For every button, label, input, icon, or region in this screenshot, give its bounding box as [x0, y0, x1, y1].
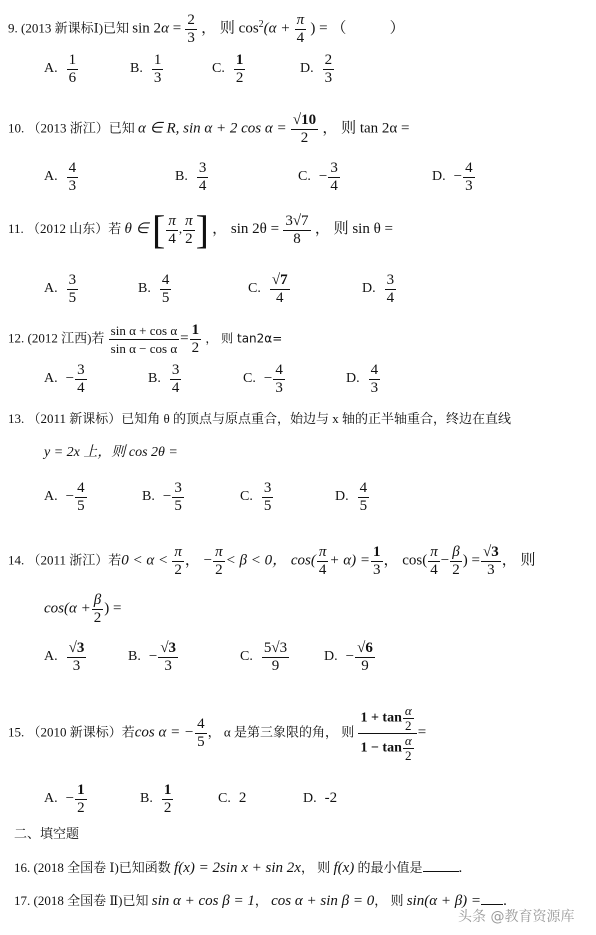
math-text: f(x) [333, 860, 354, 876]
question-10-option-b[interactable]: B.34 [175, 160, 209, 195]
question-text: (2018 全国卷 Ⅰ)已知函数 [34, 860, 175, 875]
denominator: 5 [195, 734, 207, 751]
option-label: A. [44, 791, 58, 806]
question-11-option-c[interactable]: C.√74 [248, 272, 291, 307]
numerator: 5√3 [262, 640, 289, 657]
denominator: 2 [75, 800, 87, 817]
option-label: B. [128, 649, 141, 664]
math-text: θ ∈ [125, 221, 149, 237]
math-text: = [180, 330, 188, 346]
denominator: 3 [273, 380, 285, 397]
math-text: ， 则 cos [201, 20, 259, 36]
fraction: 34 [170, 362, 182, 397]
question-10-stem: 10. （2013 浙江）已知 α ∈ R, sin α + 2 cos α =… [8, 112, 410, 147]
answer-blank[interactable] [423, 871, 459, 872]
question-10-option-c[interactable]: C.−34 [298, 160, 341, 195]
answer-blank[interactable] [481, 904, 503, 905]
denominator: 5 [172, 498, 184, 515]
denominator: 3 [463, 178, 475, 195]
question-12-option-a[interactable]: A.−34 [44, 362, 88, 397]
option-label: D. [324, 649, 338, 664]
denominator: 2 [234, 70, 246, 87]
fraction: β2 [92, 592, 104, 627]
numerator: 3 [197, 160, 209, 177]
denominator: 2 [172, 562, 184, 579]
denominator: 4 [197, 178, 209, 195]
math-text: ） [390, 20, 405, 36]
numerator: 1 [190, 322, 202, 339]
denominator: 2 [450, 562, 462, 579]
question-11-stem: 11. （2012 山东）若 θ ∈ [π4,π2] ， sin 2θ = 3√… [8, 210, 393, 250]
compound-fraction: 1 + tanα2 1 − tanα2 [358, 704, 416, 763]
fraction: 43 [369, 362, 381, 397]
denominator: 6 [67, 70, 79, 87]
numerator: 1 [371, 544, 383, 561]
sign: − [319, 168, 327, 184]
numerator: 3 [75, 362, 87, 379]
math-text: ， 则 tan2α= [205, 331, 282, 345]
denominator: 4 [75, 380, 87, 397]
option-label: C. [240, 489, 253, 504]
math-text: = [418, 724, 426, 740]
question-16: 16. (2018 全国卷 Ⅰ)已知函数 f(x) = 2sin x + sin… [14, 860, 462, 876]
option-label: B. [148, 371, 161, 386]
math-text: . [459, 860, 463, 876]
fraction: √69 [355, 640, 375, 675]
denominator: 3 [152, 70, 164, 87]
question-number: 17. [14, 893, 30, 908]
fraction: √33 [67, 640, 87, 675]
question-source: (2013 新课标Ⅰ)已知 [21, 20, 129, 35]
fraction: 43 [463, 160, 475, 195]
math-text: ) = [104, 600, 121, 616]
question-14-option-c[interactable]: C.5√39 [240, 640, 290, 675]
question-text: ， [255, 893, 271, 908]
fraction: 45 [160, 272, 172, 307]
watermark: 头条 @教育资源库 [458, 906, 574, 926]
sign: − [454, 168, 462, 184]
math-text: ， sin 2θ = [212, 221, 279, 237]
denominator: 5 [358, 498, 370, 515]
numerator: π [166, 213, 178, 230]
math-text: cos(α + [44, 600, 91, 616]
numerator: 4 [75, 480, 87, 497]
math-text: 1 − tan [360, 741, 401, 756]
denominator: 2 [162, 800, 174, 817]
numerator: α [403, 704, 414, 718]
math-text: sin α + cos β = 1 [152, 893, 255, 909]
math-text: cos α + sin β = 0 [271, 893, 374, 909]
fraction: √33 [481, 544, 501, 579]
math-text: ， 则 [502, 552, 536, 568]
denominator: 2 [213, 562, 225, 579]
section-title: 二、填空题 [14, 826, 79, 842]
right-bracket: ] [196, 207, 209, 252]
fraction: 12 [162, 782, 174, 817]
numerator: α [403, 734, 414, 748]
math-text: = [169, 20, 181, 36]
numerator: √7 [270, 272, 290, 289]
numerator: √3 [481, 544, 501, 561]
option-label: B. [140, 791, 153, 806]
denominator: 4 [385, 290, 397, 307]
fraction: √33 [158, 640, 178, 675]
question-15-option-c[interactable]: C.2 [218, 790, 246, 807]
numerator: β [92, 592, 103, 609]
question-11-option-b[interactable]: B.45 [138, 272, 172, 307]
fraction: π4 [317, 544, 329, 579]
denominator: 9 [270, 658, 282, 675]
denominator: 2 [403, 749, 414, 763]
question-13-option-c[interactable]: C.35 [240, 480, 274, 515]
math-text: cos α = − [135, 724, 194, 740]
question-text: ， 则 [301, 860, 334, 875]
denominator: 4 [328, 178, 340, 195]
numerator: 1 + tanα2 [358, 704, 416, 733]
math-text: ， 则 tan 2α = [322, 120, 409, 136]
denominator: 5 [262, 498, 274, 515]
math-text: 1 + tan [360, 711, 401, 726]
question-9-stem: 9. (2013 新课标Ⅰ)已知 sin 2α = 23 ， 则 cos2(α … [8, 12, 405, 47]
denominator: 4 [428, 562, 440, 579]
denominator: 2 [183, 231, 195, 248]
option-label: C. [298, 169, 311, 184]
fraction: 13 [152, 52, 164, 87]
numerator: 1 [234, 52, 246, 69]
question-text: ， 则 [374, 893, 407, 908]
math-text: < β < 0， cos( [226, 552, 316, 568]
numerator: 1 [152, 52, 164, 69]
question-17: 17. (2018 全国卷 Ⅱ)已知 sin α + cos β = 1， co… [14, 893, 507, 909]
fraction: 23 [323, 52, 335, 87]
numerator: 4 [195, 716, 207, 733]
question-14-stem-line2: cos(α +β2) = [44, 592, 121, 627]
denominator: 3 [71, 658, 83, 675]
option-label: A. [44, 649, 58, 664]
fraction: 16 [67, 52, 79, 87]
question-13-option-b[interactable]: B.−35 [142, 480, 185, 515]
denominator: 3 [323, 70, 335, 87]
numerator: √10 [291, 112, 318, 129]
sign: − [346, 648, 354, 664]
numerator: π [172, 544, 184, 561]
option-label: B. [142, 489, 155, 504]
sign: − [66, 790, 74, 806]
numerator: π [428, 544, 440, 561]
numerator: 1 [75, 782, 87, 799]
fraction: 12 [190, 322, 202, 357]
sign: − [149, 648, 157, 664]
question-source: (2012 江西)若 [28, 330, 105, 345]
question-source: （2013 浙江）已知 [28, 120, 135, 135]
question-number: 13. [8, 411, 24, 426]
question-9-option-d[interactable]: D.23 [300, 52, 335, 87]
denominator: 2 [403, 719, 414, 733]
fraction: α2 [403, 704, 414, 733]
question-number: 11. [8, 221, 24, 236]
fraction: 43 [67, 160, 79, 195]
math-text: ， cos( [384, 552, 428, 568]
numerator: sin α + cos α [109, 322, 179, 339]
question-source: （2012 山东）若 [27, 221, 121, 236]
question-13-option-a[interactable]: A.−45 [44, 480, 88, 515]
math-text: (α + [264, 20, 291, 36]
denominator: 3 [185, 30, 197, 47]
numerator: π [295, 12, 307, 29]
option-value: -2 [325, 790, 338, 806]
question-number: 12. [8, 330, 24, 345]
question-source: （2011 浙江）若 [28, 552, 122, 567]
math-text: − [441, 552, 449, 568]
fraction: 34 [328, 160, 340, 195]
denominator: 4 [170, 380, 182, 397]
denominator: 3 [369, 380, 381, 397]
denominator: 1 − tanα2 [358, 734, 416, 763]
numerator: 3 [328, 160, 340, 177]
numerator: √3 [67, 640, 87, 657]
fraction: π4 [295, 12, 307, 47]
question-12-option-d[interactable]: D.43 [346, 362, 381, 397]
option-label: D. [432, 169, 446, 184]
denominator: 4 [274, 290, 286, 307]
numerator: 4 [160, 272, 172, 289]
numerator: 3 [172, 480, 184, 497]
option-label: D. [303, 791, 317, 806]
numerator: 1 [67, 52, 79, 69]
option-label: A. [44, 489, 58, 504]
numerator: 3√7 [283, 213, 310, 230]
denominator: 5 [160, 290, 172, 307]
fraction: 23 [185, 12, 197, 47]
numerator: 4 [463, 160, 475, 177]
question-text: 的最小值是 [354, 860, 422, 875]
question-13-stem-line2: y = 2x 上，则 cos 2θ = [44, 445, 178, 461]
question-text: 已知角 θ 的顶点与原点重合，始边与 x 轴的正半轴重合，终边在直线 [121, 411, 511, 426]
question-14-option-d[interactable]: D.−√69 [324, 640, 376, 675]
question-10-option-d[interactable]: D.−43 [432, 160, 476, 195]
question-15-option-a[interactable]: A.−12 [44, 782, 88, 817]
numerator: 4 [273, 362, 285, 379]
option-label: A. [44, 169, 58, 184]
math-text: ， 则 sin θ = [315, 221, 393, 237]
fraction: 12 [75, 782, 87, 817]
denominator: 3 [162, 658, 174, 675]
question-12-stem: 12. (2012 江西)若 sin α + cos αsin α − cos … [8, 322, 282, 357]
numerator: π [183, 213, 195, 230]
numerator: π [213, 544, 225, 561]
denominator: 2 [190, 340, 202, 357]
question-14-option-a[interactable]: A.√33 [44, 640, 87, 675]
math-text: ， − [185, 552, 212, 568]
option-label: D. [362, 281, 376, 296]
fraction: 5√39 [262, 640, 289, 675]
fraction: 43 [273, 362, 285, 397]
option-label: D. [335, 489, 349, 504]
option-label: B. [130, 61, 143, 76]
question-9-option-c[interactable]: C.12 [212, 52, 246, 87]
question-12-option-b[interactable]: B.34 [148, 362, 182, 397]
question-text: (2018 全国卷 Ⅱ)已知 [34, 893, 152, 908]
option-label: B. [175, 169, 188, 184]
numerator: β [450, 544, 461, 561]
fraction: 34 [75, 362, 87, 397]
numerator: π [317, 544, 329, 561]
math-text: 0 < α < [121, 552, 168, 568]
question-13-option-d[interactable]: D.45 [335, 480, 370, 515]
fraction: π2 [172, 544, 184, 579]
option-label: D. [300, 61, 314, 76]
fraction: π4 [166, 213, 178, 248]
question-10-option-a[interactable]: A.43 [44, 160, 79, 195]
numerator: 1 [162, 782, 174, 799]
question-text: ， α 是第三象限的角， 则 [208, 724, 355, 739]
numerator: 3 [67, 272, 79, 289]
fraction: 35 [262, 480, 274, 515]
fraction: π2 [183, 213, 195, 248]
option-label: C. [240, 649, 253, 664]
option-label: C. [218, 791, 231, 806]
sign: − [163, 488, 171, 504]
denominator: 3 [371, 562, 383, 579]
question-source: （2010 新课标）若 [28, 724, 135, 739]
question-12-option-c[interactable]: C.−43 [243, 362, 286, 397]
question-number: 10. [8, 120, 24, 135]
denominator: 2 [299, 130, 311, 147]
question-number: 15. [8, 724, 24, 739]
fraction: 45 [358, 480, 370, 515]
numerator: 2 [185, 12, 197, 29]
numerator: √6 [355, 640, 375, 657]
math-text: f(x) = 2sin x + sin 2x [174, 860, 301, 876]
question-13-stem-line1: 13. （2011 新课标）已知角 θ 的顶点与原点重合，始边与 x 轴的正半轴… [8, 411, 511, 427]
math-text: + α) = [329, 552, 370, 568]
sign: − [66, 488, 74, 504]
denominator: 3 [485, 562, 497, 579]
numerator: 4 [358, 480, 370, 497]
math-text: ) = （ [310, 20, 346, 36]
fraction: 12 [234, 52, 246, 87]
fraction: 3√78 [283, 213, 310, 248]
sign: − [264, 370, 272, 386]
numerator: 2 [323, 52, 335, 69]
denominator: 3 [67, 178, 79, 195]
option-label: C. [243, 371, 256, 386]
denominator: 5 [75, 498, 87, 515]
math-text: ) = [463, 552, 480, 568]
left-bracket: [ [152, 207, 165, 252]
math-text: sin 2 [132, 20, 161, 36]
numerator: 4 [67, 160, 79, 177]
option-value: 2 [239, 790, 247, 806]
question-15-option-d[interactable]: D.-2 [303, 790, 337, 807]
question-number: 16. [14, 860, 30, 875]
question-14-stem-line1: 14. （2011 浙江）若0 < α < π2， −π2< β < 0， co… [8, 544, 535, 579]
question-11-option-d[interactable]: D.34 [362, 272, 397, 307]
option-label: A. [44, 281, 58, 296]
option-label: C. [212, 61, 225, 76]
option-label: A. [44, 61, 58, 76]
numerator: √3 [158, 640, 178, 657]
fraction: √102 [291, 112, 318, 147]
denominator: 9 [359, 658, 371, 675]
fraction: π2 [213, 544, 225, 579]
denominator: 2 [92, 610, 104, 627]
question-9-option-a[interactable]: A.16 [44, 52, 79, 87]
option-label: D. [346, 371, 360, 386]
question-15-option-b[interactable]: B.12 [140, 782, 174, 817]
denominator: 4 [317, 562, 329, 579]
question-source: （2011 新课标） [28, 411, 122, 426]
denominator: 4 [166, 231, 178, 248]
numerator: 3 [170, 362, 182, 379]
denominator: 4 [295, 30, 307, 47]
fraction: α2 [403, 734, 414, 763]
fraction: 35 [67, 272, 79, 307]
denominator: 8 [291, 231, 303, 248]
question-number: 9. [8, 20, 18, 35]
fraction: π4 [428, 544, 440, 579]
option-label: B. [138, 281, 151, 296]
fraction: 45 [75, 480, 87, 515]
question-11-option-a[interactable]: A.35 [44, 272, 79, 307]
question-14-option-b[interactable]: B.−√33 [128, 640, 179, 675]
fraction: β2 [450, 544, 462, 579]
numerator: 3 [262, 480, 274, 497]
denominator: sin α − cos α [109, 340, 179, 357]
fraction: sin α + cos αsin α − cos α [109, 322, 179, 357]
fraction: 34 [385, 272, 397, 307]
option-label: C. [248, 281, 261, 296]
fraction: 13 [371, 544, 383, 579]
fraction: 45 [195, 716, 207, 751]
denominator: 5 [67, 290, 79, 307]
option-label: A. [44, 371, 58, 386]
math-var: α [161, 20, 169, 36]
fraction: 35 [172, 480, 184, 515]
fraction: √74 [270, 272, 290, 307]
fraction: 34 [197, 160, 209, 195]
sign: − [66, 370, 74, 386]
numerator: 4 [369, 362, 381, 379]
math-text: α ∈ R, sin α + 2 cos α = [138, 120, 287, 136]
question-number: 14. [8, 552, 24, 567]
question-15-stem: 15. （2010 新课标）若cos α = −45， α 是第三象限的角， 则… [8, 704, 426, 763]
question-9-option-b[interactable]: B.13 [130, 52, 164, 87]
numerator: 3 [385, 272, 397, 289]
